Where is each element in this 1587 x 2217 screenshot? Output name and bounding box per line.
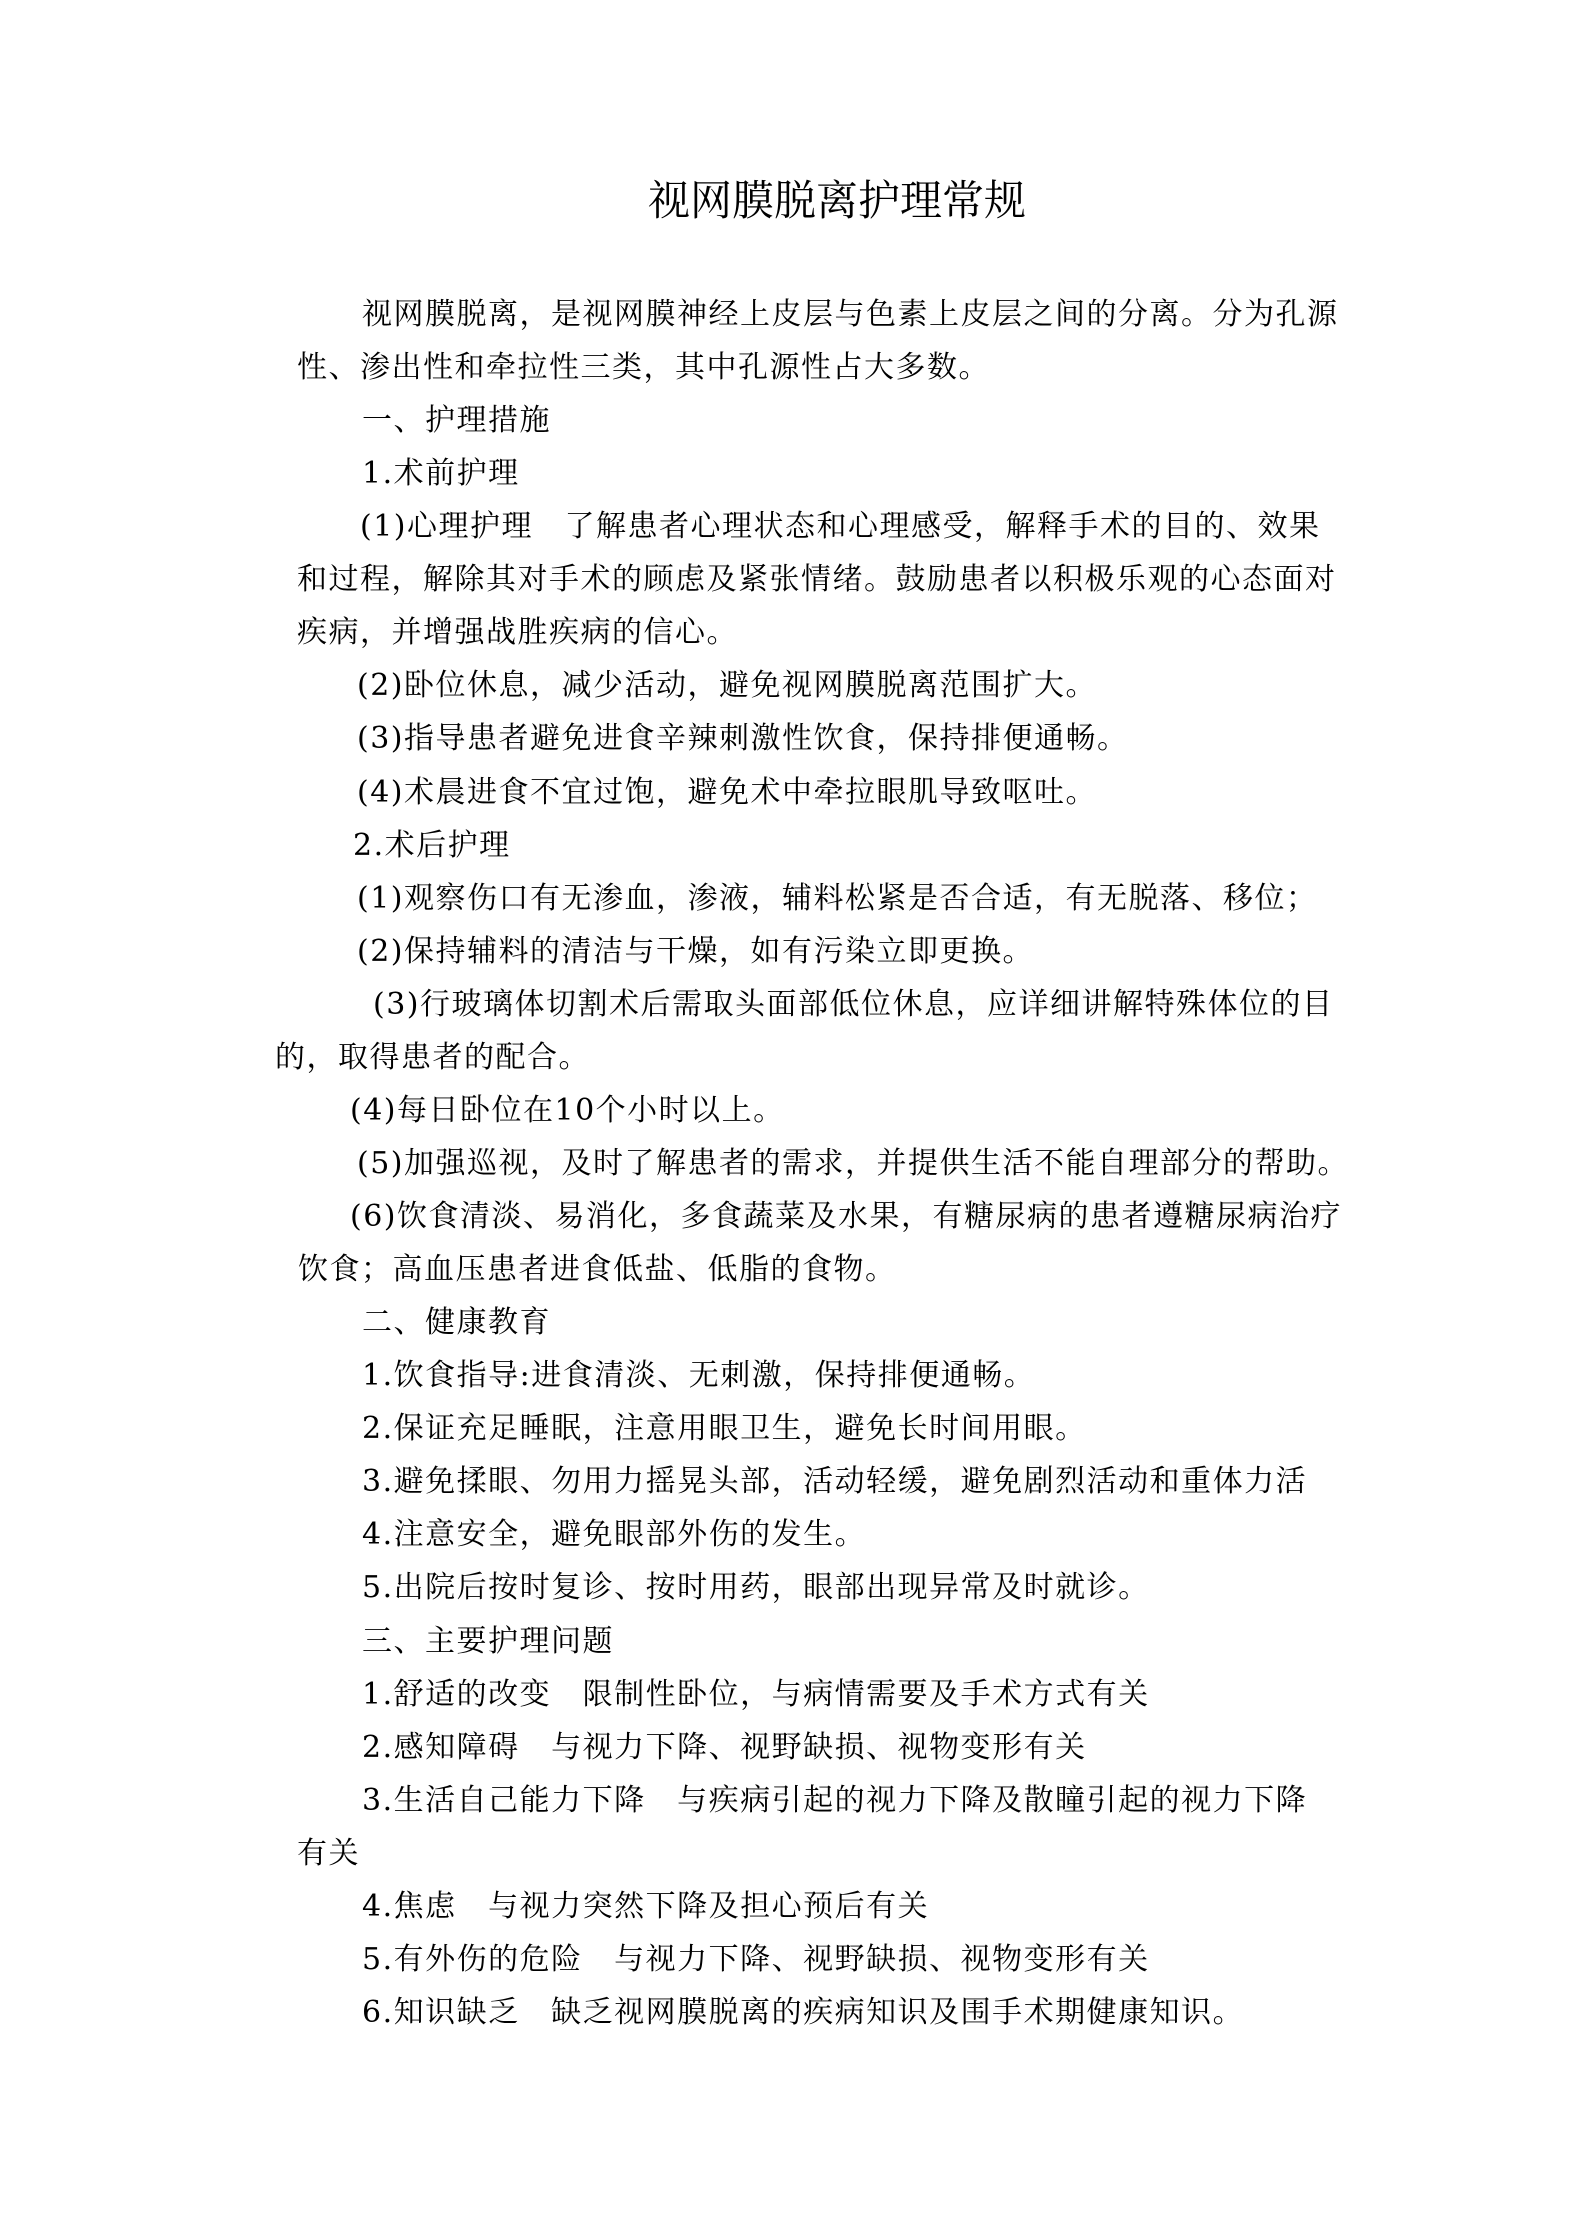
text-line: (4)术晨进食不宜过饱，避免术中牵拉眼肌导致呕吐。: [357, 766, 1097, 819]
text-line: 和过程，解除其对手术的顾虑及紧张情绪。鼓励患者以积极乐观的心态面对: [297, 553, 1337, 606]
text-line: 2.术后护理: [353, 819, 511, 872]
text-line: 性、渗出性和牵拉性三类，其中孔源性占大多数。: [297, 341, 990, 394]
text-line: 3.避免揉眼、勿用力摇晃头部，活动轻缓，避免剧烈活动和重体力活: [362, 1455, 1307, 1508]
text-line: 饮食；高血压患者进食低盐、低脂的食物。: [298, 1243, 897, 1296]
text-line: (5)加强巡视，及时了解患者的需求，并提供生活不能自理部分的帮助。: [357, 1137, 1349, 1190]
text-line: 1.术前护理: [362, 447, 520, 500]
text-line: 三、主要护理问题: [362, 1615, 614, 1668]
text-line: 1.舒适的改变 限制性卧位，与病情需要及手术方式有关: [362, 1668, 1150, 1721]
text-line: 5.有外伤的危险 与视力下降、视野缺损、视物变形有关: [362, 1933, 1150, 1986]
text-line: (2)卧位休息，减少活动，避免视网膜脱离范围扩大。: [357, 659, 1097, 712]
text-line: (1)心理护理 了解患者心理状态和心理感受，解释手术的目的、效果: [360, 500, 1321, 553]
text-line: 2.保证充足睡眠，注意用眼卫生，避免长时间用眼。: [362, 1402, 1087, 1455]
text-line: 1.饮食指导:进食清淡、无刺激，保持排便通畅。: [362, 1349, 1035, 1402]
text-line: (3)行玻璃体切割术后需取头面部低位休息，应详细讲解特殊体位的目: [373, 978, 1334, 1031]
document-title: 视网膜脱离护理常规: [0, 176, 1587, 226]
text-line: 二、健康教育: [362, 1296, 551, 1349]
text-line: 6.知识缺乏 缺乏视网膜脱离的疾病知识及围手术期健康知识。: [362, 1986, 1244, 2039]
text-line: 一、护理措施: [362, 394, 551, 447]
text-line: 4.注意安全，避免眼部外伤的发生。: [362, 1508, 866, 1561]
text-line: 4.焦虑 与视力突然下降及担心预后有关: [362, 1880, 929, 1933]
text-line: 5.出院后按时复诊、按时用药，眼部出现异常及时就诊。: [362, 1561, 1150, 1614]
text-line: 有关: [297, 1827, 360, 1880]
text-line: 3.生活自己能力下降 与疾病引起的视力下降及散瞳引起的视力下降: [362, 1774, 1307, 1827]
text-line: (4)每日卧位在10个小时以上。: [350, 1084, 785, 1137]
document-page: 视网膜脱离护理常规 视网膜脱离，是视网膜神经上皮层与色素上皮层之间的分离。分为孔…: [0, 0, 1587, 2217]
text-line: 的，取得患者的配合。: [275, 1031, 590, 1084]
text-line: (3)指导患者避免进食辛辣刺激性饮食，保持排便通畅。: [357, 712, 1129, 765]
text-line: 2.感知障碍 与视力下降、视野缺损、视物变形有关: [362, 1721, 1087, 1774]
text-line: (2)保持辅料的清洁与干燥，如有污染立即更换。: [357, 925, 1034, 978]
text-line: (1)观察伤口有无渗血，渗液，辅料松紧是否合适，有无脱落、移位；: [357, 872, 1318, 925]
text-line: 疾病，并增强战胜疾病的信心。: [297, 606, 738, 659]
text-line: (6)饮食清淡、易消化，多食蔬菜及水果，有糖尿病的患者遵糖尿病治疗: [350, 1190, 1342, 1243]
text-line: 视网膜脱离，是视网膜神经上皮层与色素上皮层之间的分离。分为孔源: [362, 288, 1339, 341]
